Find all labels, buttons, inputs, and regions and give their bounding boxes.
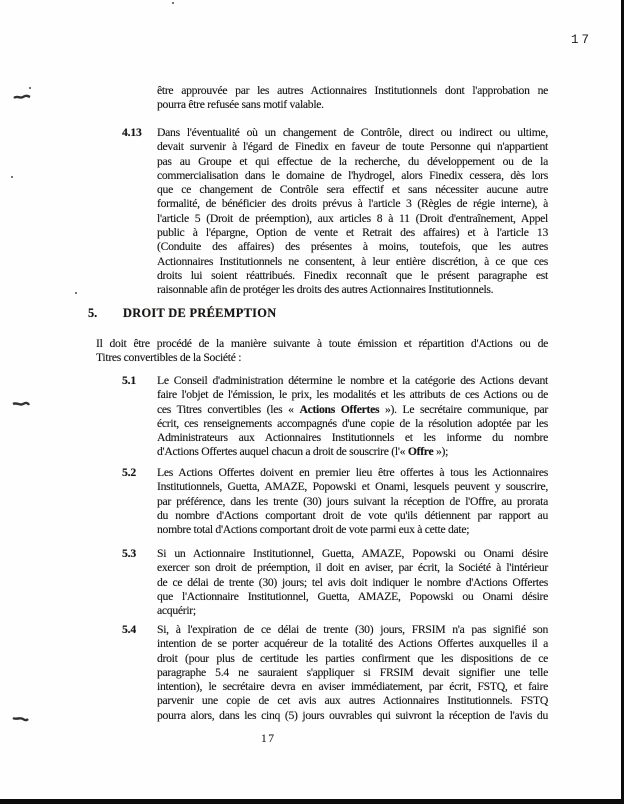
scan-speck xyxy=(11,176,13,178)
scanned-document-page: 17 être approuvée par les autres Actionn… xyxy=(0,0,624,804)
clause-5-3: 5.3 Si un Actionnaire Institutionnel, Gu… xyxy=(122,547,548,618)
margin-squiggle-mark-icon xyxy=(12,399,30,409)
scan-border-bottom xyxy=(0,799,624,804)
margin-squiggle-mark-icon xyxy=(13,92,31,102)
scan-speck xyxy=(29,87,31,89)
clause-4-13: 4.13 Dans l'éventualité où un changement… xyxy=(122,126,548,298)
clause-text: Le Conseil d'administration détermine le… xyxy=(157,374,548,460)
clause-5-4: 5.4 Si, à l'expiration de ce délai de tr… xyxy=(122,623,548,723)
page-number-bottom: 17 xyxy=(261,733,276,745)
section-title: DROIT DE PRÉEMPTION xyxy=(123,306,277,321)
section-5-heading: 5. DROIT DE PRÉEMPTION xyxy=(88,306,277,321)
clause-5-2: 5.2 Les Actions Offertes doivent en prem… xyxy=(122,466,548,537)
clause-text: Les Actions Offertes doivent en premier … xyxy=(157,466,548,537)
clause-number: 4.13 xyxy=(122,126,142,140)
clause-text: Si, à l'expiration de ce délai de trente… xyxy=(157,623,548,723)
clause-text: Si un Actionnaire Institutionnel, Guetta… xyxy=(157,547,548,618)
scan-speck xyxy=(75,292,77,294)
section-5-intro-paragraph: Il doit être procédé de la manière suiva… xyxy=(96,337,548,366)
section-number: 5. xyxy=(88,306,97,321)
scan-speck xyxy=(172,2,174,4)
clause-number: 5.3 xyxy=(122,547,136,561)
clause-text: Dans l'éventualité où un changement de C… xyxy=(157,126,548,298)
clause-number: 5.1 xyxy=(122,374,136,388)
continuation-paragraph: être approuvée par les autres Actionnair… xyxy=(157,84,548,113)
margin-squiggle-mark-icon xyxy=(12,714,29,724)
clause-number: 5.4 xyxy=(122,623,136,637)
page-number-top: 17 xyxy=(571,33,592,47)
clause-number: 5.2 xyxy=(122,466,136,480)
clause-5-1: 5.1 Le Conseil d'administration détermin… xyxy=(122,374,548,460)
